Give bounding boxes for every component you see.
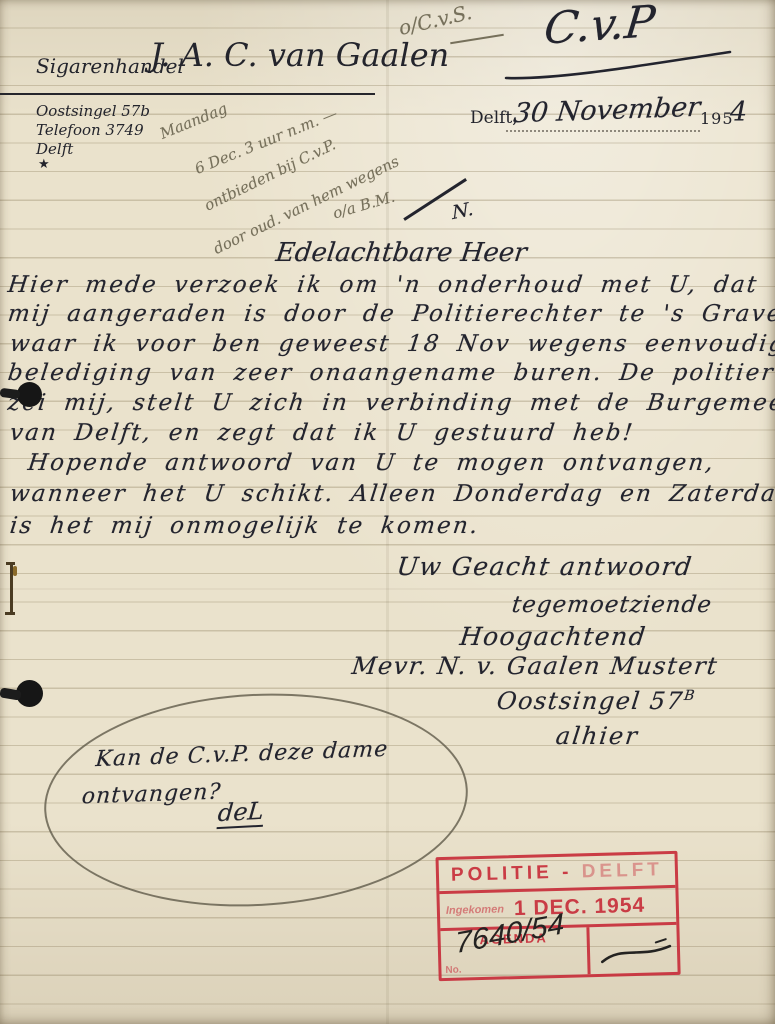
- staple-mark-bottom: [5, 612, 15, 615]
- circled-question-initials: deL: [217, 797, 265, 829]
- letterhead-address-street: Oostsingel 57b: [36, 102, 150, 120]
- pencil-note-line1: Maandag: [157, 99, 230, 142]
- letter-line: Hopende antwoord van U te mogen ontvange…: [26, 450, 716, 476]
- signature-place: alhier: [554, 722, 640, 750]
- star-icon: ★: [38, 157, 50, 172]
- date-year-handwritten-digit: 4: [730, 97, 747, 128]
- letterhead-rule: [0, 93, 375, 95]
- letter-line: waar ik voor ben geweest 18 Nov wegens e…: [8, 331, 775, 357]
- date-year-printed: 195: [700, 109, 734, 128]
- signature-name: Mevr. N. v. Gaalen Mustert: [350, 652, 720, 680]
- ink-underline-swoosh: [502, 48, 734, 82]
- stamp-dash: -: [562, 862, 573, 884]
- letterhead-address-phone: Telefoon 3749: [36, 121, 144, 139]
- paper-crease-horizontal: [0, 588, 775, 590]
- top-left-pencil-underline: [450, 34, 504, 44]
- stamp-no-label: No.: [445, 965, 461, 976]
- police-stamp: POLITIE - DELFT Ingekomen 1 DEC. 1954 AG…: [435, 851, 680, 975]
- letter-line: is het mij onmogelijk te komen.: [8, 513, 481, 539]
- signature-street-text: Oostsingel 57: [495, 687, 685, 715]
- stamp-received-label: Ingekomen: [446, 903, 504, 917]
- closing-line1: Uw Geacht antwoord: [395, 552, 694, 581]
- salutation: Edelachtbare Heer: [274, 238, 528, 268]
- top-right-ink-initials: C.v.P: [542, 0, 658, 55]
- letter-line: van Delft, en zegt dat ik U gestuurd heb…: [8, 420, 635, 446]
- staple-rust-dot: [13, 566, 17, 576]
- letter-line: belediging van zeer onaangename buren. D…: [6, 360, 775, 386]
- letter-line: zei mij, stelt U zich in verbinding met …: [6, 390, 775, 416]
- ink-check-mark: [598, 936, 675, 968]
- ink-initial-n: N.: [451, 198, 474, 224]
- date-dotted-leader: [506, 130, 700, 132]
- letter-line: wanneer het U schikt. Alleen Donderdag e…: [8, 481, 775, 507]
- letter-line: Hier mede verzoek ik om 'n onderhoud met…: [6, 272, 759, 298]
- stamp-org: POLITIE: [451, 862, 553, 887]
- top-left-pencil-initials: o/C.v.S.: [396, 0, 474, 40]
- letterhead-address-city: Delft: [36, 140, 73, 158]
- letter-line: mij aangeraden is door de Politierechter…: [6, 301, 775, 327]
- signature-street: Oostsingel 57B: [495, 687, 697, 715]
- signature-street-sup: B: [683, 688, 697, 704]
- hole-punch-tail: [0, 388, 20, 399]
- scanned-letter-page: Sigarenhandel J. A. C. van Gaalen Oostsi…: [0, 0, 775, 1024]
- closing-line2: tegemoetziende: [510, 592, 713, 618]
- hole-punch-mark: [17, 382, 42, 407]
- staple-mark-top: [6, 562, 15, 565]
- letterhead-proprietor-name: J. A. C. van Gaalen: [150, 36, 449, 74]
- closing-line3: Hoogachtend: [458, 622, 648, 651]
- date-place-label: Delft,: [470, 108, 518, 128]
- stamp-city: DELFT: [581, 859, 663, 883]
- circled-question-line2: ontvangen?: [81, 780, 222, 810]
- stamp-mark-cell: [589, 925, 677, 974]
- hole-punch-tail: [0, 687, 22, 700]
- date-handwritten-day-month: 30 November: [512, 92, 702, 129]
